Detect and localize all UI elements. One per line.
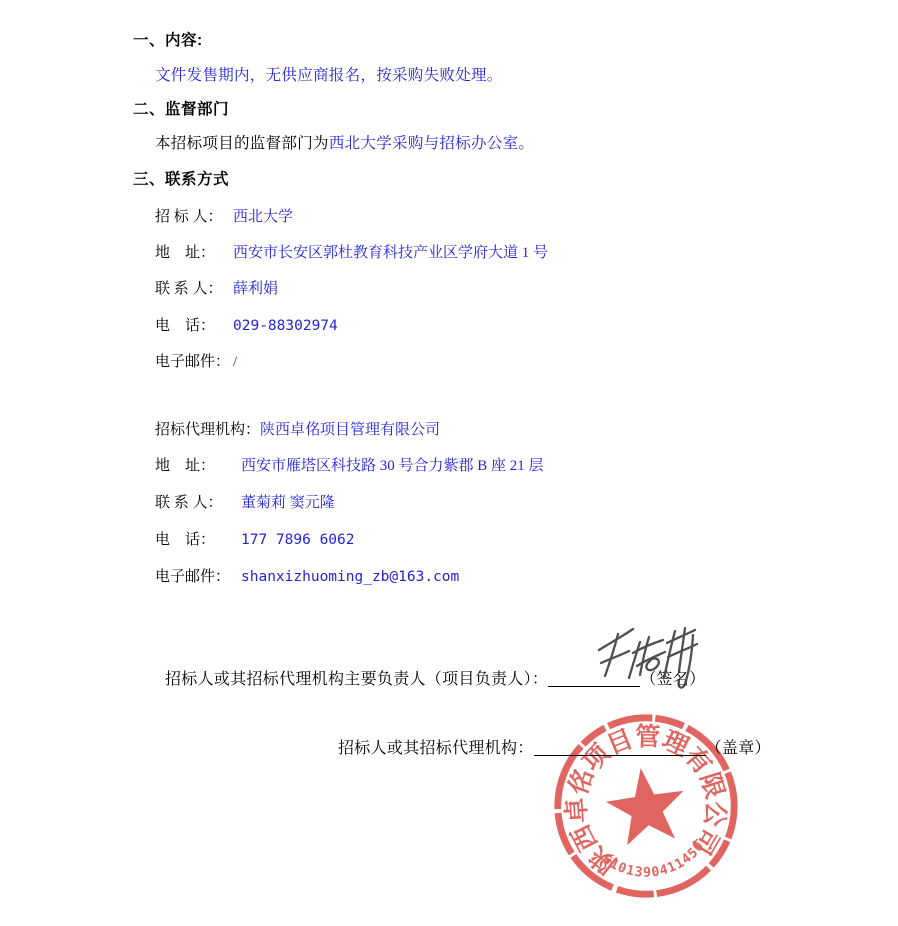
field-value: / <box>233 354 237 370</box>
section-heading-contact: 三、联系方式 <box>133 167 229 189</box>
star-icon <box>602 763 690 848</box>
agency-row-name: 招标代理机构：陕西卓佲项目管理有限公司 <box>155 418 440 439</box>
seal-line-text: 招标人或其招标代理机构： <box>338 740 534 757</box>
document-page: 一、内容: 文件发售期内，无供应商报名，按采购失败处理。 二、监督部门 本招标项… <box>0 0 898 926</box>
field-label: 招 标 人： <box>155 205 233 226</box>
signature-line-text: 招标人或其招标代理机构主要负责人（项目负责人）： <box>165 671 548 688</box>
field-label: 电 话： <box>155 314 233 335</box>
field-label: 地 址： <box>155 241 233 262</box>
field-value: 陕西卓佲项目管理有限公司 <box>260 422 440 438</box>
agency-row-email: 电子邮件：shanxizhuoming_zb@163.com <box>155 565 459 586</box>
field-value: shanxizhuoming_zb@163.com <box>241 569 459 585</box>
tenderer-row-contact-person: 联 系 人：薛利娟 <box>155 277 278 298</box>
field-value: 西安市雁塔区科技路 30 号合力紫郡 B 座 21 层 <box>241 458 544 474</box>
field-value: 西安市长安区郭杜教育科技产业区学府大道 1 号 <box>233 245 548 261</box>
field-label: 联 系 人： <box>155 277 233 298</box>
field-value: 薛利娟 <box>233 281 278 297</box>
tenderer-row-address: 地 址：西安市长安区郭杜教育科技产业区学府大道 1 号 <box>155 241 548 262</box>
field-label: 电子邮件： <box>155 565 241 586</box>
field-label: 地 址： <box>155 454 241 475</box>
company-seal: 陕西卓佲项目管理有限公司 6101390411450 <box>548 708 744 904</box>
agency-row-address: 地 址：西安市雁塔区科技路 30 号合力紫郡 B 座 21 层 <box>155 454 544 475</box>
tenderer-row-phone: 电 话：029-88302974 <box>155 314 338 335</box>
field-value: 董菊莉 窦元隆 <box>241 495 335 511</box>
handwritten-signature: 董菊莉 <box>588 618 706 692</box>
agency-row-phone: 电 话：177 7896 6062 <box>155 528 355 549</box>
content-body: 文件发售期内，无供应商报名，按采购失败处理。 <box>155 63 503 85</box>
field-label: 电 话： <box>155 528 241 549</box>
field-label: 电子邮件： <box>155 350 233 371</box>
field-label: 联 系 人： <box>155 491 241 512</box>
handwriting-strokes <box>599 628 697 688</box>
tenderer-row-name: 招 标 人：西北大学 <box>155 205 293 226</box>
field-value: 177 7896 6062 <box>241 532 355 548</box>
field-value: 西北大学 <box>233 209 293 225</box>
field-value: 029-88302974 <box>233 318 338 334</box>
field-label: 招标代理机构： <box>155 418 260 439</box>
section-heading-content: 一、内容: <box>133 28 203 50</box>
section-heading-supervision: 二、监督部门 <box>133 97 229 119</box>
supervision-body-black: 本招标项目的监督部门为 <box>155 135 329 152</box>
agency-row-contact-person: 联 系 人：董菊莉 窦元隆 <box>155 491 335 512</box>
tenderer-row-email: 电子邮件：/ <box>155 350 237 371</box>
supervision-body: 本招标项目的监督部门为西北大学采购与招标办公室。 <box>155 131 534 153</box>
supervision-body-blue: 西北大学采购与招标办公室。 <box>329 135 534 152</box>
